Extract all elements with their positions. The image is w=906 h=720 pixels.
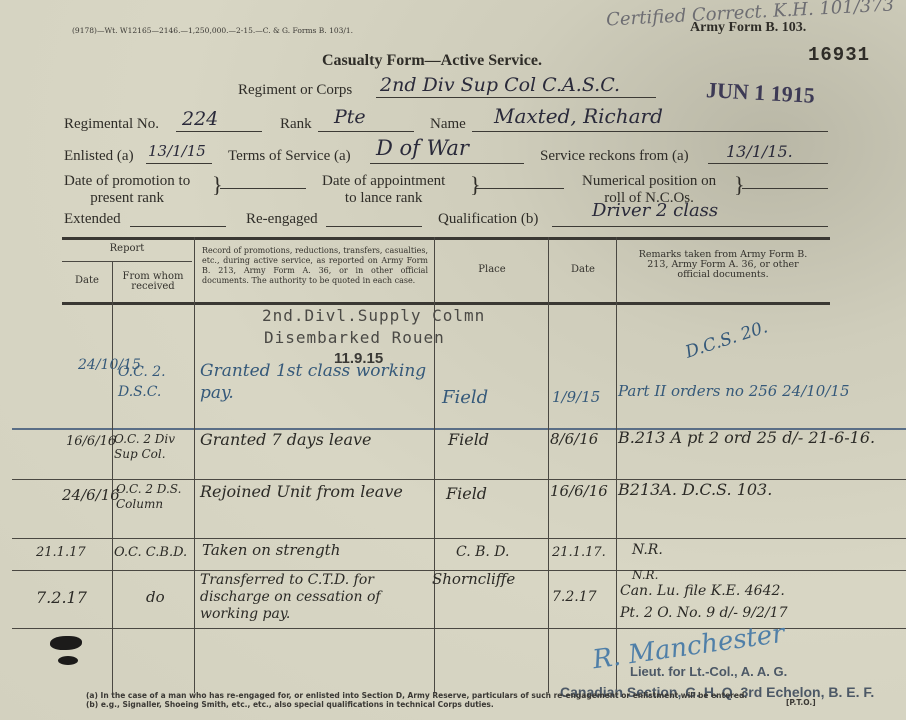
header-date-2: Date xyxy=(550,265,616,275)
row5-place: Shorncliffe xyxy=(432,572,515,587)
row1-remarks: Part II orders no 256 24/10/15 xyxy=(618,384,850,399)
page-title: Casualty Form—Active Service. xyxy=(322,52,542,70)
row5-record: Transferred to C.T.D. for discharge on c… xyxy=(200,572,430,623)
row4-remarks: N.R. xyxy=(632,543,663,558)
qualification-label: Qualification (b) xyxy=(438,211,538,228)
signature-line-1: Lieut. for Lt.-Col., A. A. G. xyxy=(630,664,787,679)
date-stamp: JUN 1 1915 xyxy=(705,77,815,109)
unit-stamp-line1: 2nd.Divl.Supply Colmn xyxy=(262,306,485,325)
row1-record: Granted 1st class working pay. xyxy=(200,360,430,404)
promotion-label: Date of promotion to present rank xyxy=(64,173,190,207)
row2-from-whom: O.C. 2 Div Sup Col. xyxy=(114,432,194,462)
reengaged-label: Re-engaged xyxy=(246,211,318,228)
reckons-value: 13/1/15. xyxy=(726,142,793,161)
terms-label: Terms of Service (a) xyxy=(228,148,351,165)
numerical-label-line1: Numerical position on xyxy=(582,173,716,190)
row5-report-date: 7.2.17 xyxy=(36,590,87,605)
row3-date: 16/6/16 xyxy=(550,484,608,499)
rank-value: Pte xyxy=(334,106,366,128)
row4-place: C. B. D. xyxy=(456,545,509,560)
row4-from-whom: O.C. C.B.D. xyxy=(114,545,187,560)
footnote-a: (a) In the case of a man who has re-enga… xyxy=(86,691,747,700)
row2-place: Field xyxy=(448,432,489,447)
header-date: Date xyxy=(62,276,112,286)
ink-blot xyxy=(50,636,82,650)
regimental-no-label: Regimental No. xyxy=(64,116,159,133)
qualification-value: Driver 2 class xyxy=(592,200,718,221)
appointment-label-line1: Date of appointment xyxy=(322,173,445,190)
row2-report-date: 16/6/16 xyxy=(66,434,110,449)
serial-number: 16931 xyxy=(808,44,870,66)
header-place: Place xyxy=(436,265,548,275)
enlisted-label: Enlisted (a) xyxy=(64,148,134,165)
row3-record: Rejoined Unit from leave xyxy=(200,484,403,499)
regimental-no-value: 224 xyxy=(182,108,218,130)
row5-from-whom: do xyxy=(146,590,165,605)
appointment-label-line2: to lance rank xyxy=(322,190,445,207)
header-record: Record of promotions, reductions, transf… xyxy=(202,246,428,286)
pto-label: [P.T.O.] xyxy=(786,698,816,707)
row3-from-whom: O.C. 2 D.S. Column xyxy=(116,482,194,512)
row3-place: Field xyxy=(446,486,487,501)
appointment-label: Date of appointment to lance rank xyxy=(322,173,445,207)
footnote-b: (b) e.g., Signaller, Shoeing Smith, etc.… xyxy=(86,700,494,709)
row4-record: Taken on strength xyxy=(202,543,340,558)
row3-report-date: 24/6/16 xyxy=(62,488,120,503)
row2-record: Granted 7 days leave xyxy=(200,432,372,447)
row1-date: 1/9/15 xyxy=(552,390,600,405)
row5-remarks-note: N.R. xyxy=(632,568,658,583)
reckons-label: Service reckons from (a) xyxy=(540,148,689,165)
promotion-label-line2: present rank xyxy=(64,190,190,207)
regiment-value: 2nd Div Sup Col C.A.S.C. xyxy=(380,74,620,96)
unit-stamp-line2: Disembarked Rouen xyxy=(264,328,445,347)
row4-date: 21.1.17. xyxy=(552,545,606,560)
row1-place: Field xyxy=(442,390,488,405)
row2-date: 8/6/16 xyxy=(550,432,598,447)
enlisted-value: 13/1/15 xyxy=(148,142,206,160)
regiment-label: Regiment or Corps xyxy=(238,82,352,99)
name-label: Name xyxy=(430,116,466,133)
header-report: Report xyxy=(62,244,192,254)
row5-remarks-2: Pt. 2 O. No. 9 d/- 9/2/17 xyxy=(620,606,787,621)
extended-label: Extended xyxy=(64,211,121,228)
row5-date: 7.2.17 xyxy=(552,590,597,605)
row1-from-whom: O.C. 2. D.S.C. xyxy=(118,362,192,402)
header-from-whom: From whom received xyxy=(114,272,192,292)
row4-report-date: 21.1.17 xyxy=(36,545,86,560)
rank-label: Rank xyxy=(280,116,312,133)
row5-remarks: Can. Lu. file K.E. 4642. xyxy=(620,584,785,599)
row3-remarks: B213A. D.C.S. 103. xyxy=(618,482,772,497)
print-line: (9178)—Wt. W12165—2146.—1,250,000.—2-15.… xyxy=(72,26,353,35)
promotion-label-line1: Date of promotion to xyxy=(64,173,190,190)
dcs-note: D.C.S. 20. xyxy=(683,317,770,362)
terms-value: D of War xyxy=(376,136,469,160)
row2-remarks: B.213 A pt 2 ord 25 d/- 21-6-16. xyxy=(618,430,875,445)
army-form-label: Army Form B. 103. xyxy=(690,20,806,36)
row1-report-date: 24/10/15 xyxy=(78,358,108,373)
header-remarks: Remarks taken from Army Form B. 213, Arm… xyxy=(636,250,810,280)
ink-blot-2 xyxy=(58,656,78,665)
name-value: Maxted, Richard xyxy=(494,104,663,128)
